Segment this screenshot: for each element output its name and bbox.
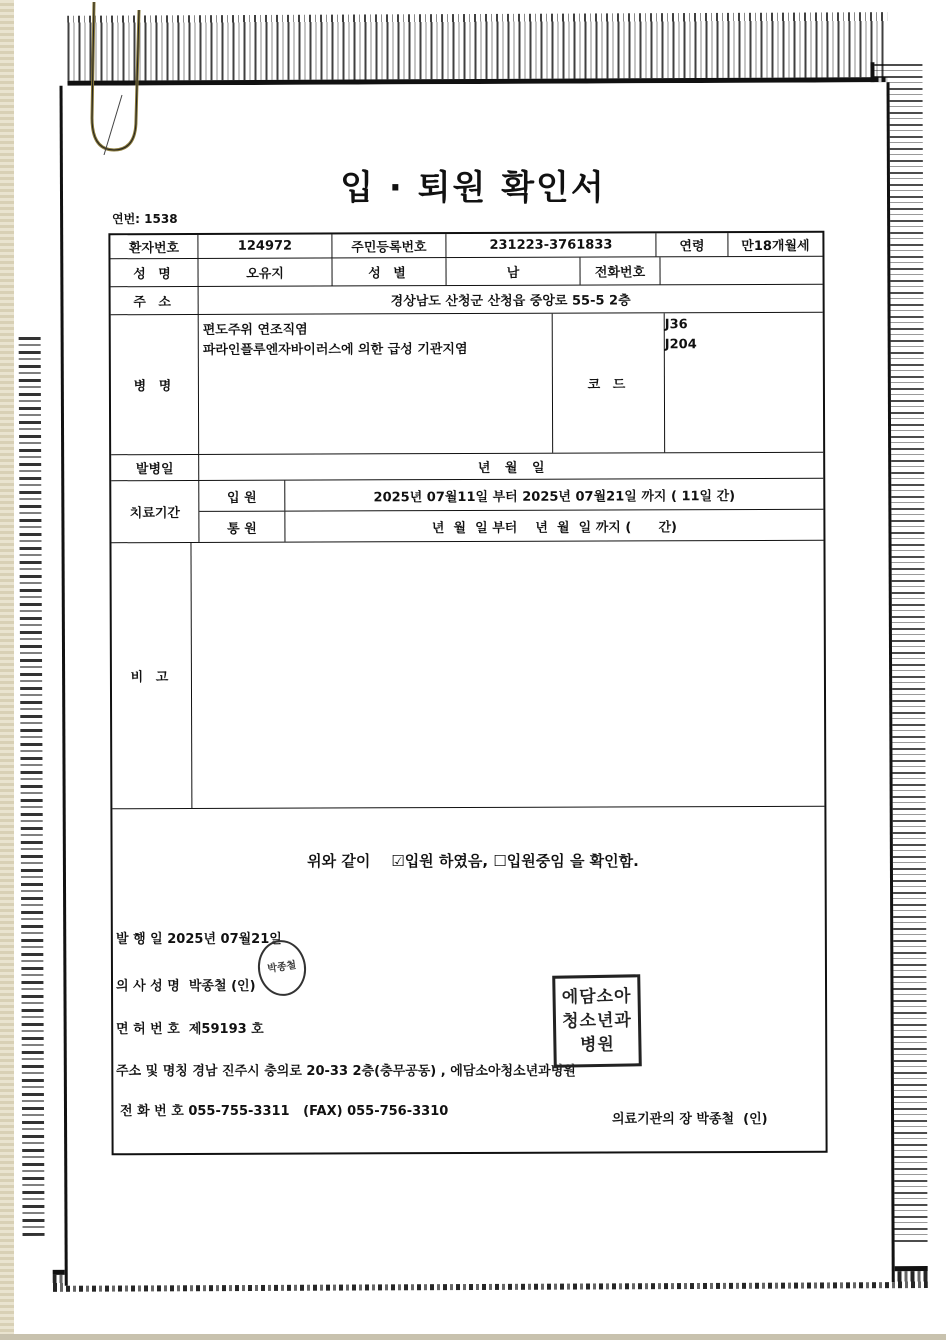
onset-label: 발병일 xyxy=(111,455,199,480)
hospital-address-line: 주소 및 명칭 경남 진주시 충의로 20-33 2층(충무공동) , 에담소아… xyxy=(116,1060,576,1079)
phone-label: 전화번호 xyxy=(580,257,660,284)
row-outpatient: 통 원 년 월 일 부터 년 월 일 까지 ( 간) xyxy=(199,510,823,542)
doctor-seal-mark: (인) xyxy=(231,979,255,994)
issue-date-line: 발 행 일 2025년 07월21일 xyxy=(116,928,282,947)
row-address: 주 소 경상남도 산청군 산청읍 중앙로 55-5 2층 xyxy=(111,285,823,315)
license-label: 면 허 번 호 xyxy=(116,1022,180,1037)
name-value: 오유지 xyxy=(198,258,332,285)
document-title: 입 · 퇴원 확인서 xyxy=(0,160,946,209)
hospital-phone-line: 전 화 번 호 055-755-3311 (FAX) 055-756-3310 xyxy=(120,1100,448,1119)
code-label: 코 드 xyxy=(553,313,665,452)
address-value: 경상남도 산청군 산청읍 중앙로 55-5 2층 xyxy=(199,285,823,314)
fax-value: 055-756-3310 xyxy=(347,1104,448,1119)
row-patient-name: 성 명 오유지 성 별 남 전화번호 xyxy=(110,257,822,287)
license-line: 면 허 번 호 제59193 호 xyxy=(116,1018,264,1037)
patient-no-value: 124972 xyxy=(198,234,332,257)
paperclip-icon xyxy=(84,0,144,155)
hospital-head-signature: 의료기관의 장 박종철 (인) xyxy=(612,1108,768,1127)
outpatient-label: 통 원 xyxy=(199,512,285,542)
code-item: J36 xyxy=(665,315,688,335)
confirm-prefix: 위와 같이 xyxy=(307,852,370,870)
remarks-value xyxy=(191,541,824,808)
inpatient-label: 입 원 xyxy=(199,481,285,511)
confirmation-statement: 위와 같이 ☑입원 하였음, ☐입원중임 을 확인함. xyxy=(0,850,946,871)
resident-no-label: 주민등록번호 xyxy=(332,234,446,257)
row-onset: 발병일 년 월 일 xyxy=(111,453,823,481)
inpatient-value: 2025년 07월11일 부터 2025년 07월21일 까지 ( 11일 간) xyxy=(285,479,823,511)
frame-noise-left xyxy=(19,336,45,1236)
onset-value: 년 월 일 xyxy=(199,453,823,480)
hospital-seal-stamp: 에담소아청소년과병원 xyxy=(552,974,642,1068)
issue-date-label: 발 행 일 xyxy=(116,932,163,947)
name-label: 성 명 xyxy=(110,259,198,286)
checkbox-inpatient-unchecked-icon[interactable]: ☐ xyxy=(493,852,506,870)
admission-form-table: 환자번호 124972 주민등록번호 231223-3761833 연령 만18… xyxy=(108,231,827,1155)
hospital-address-label: 주소 및 명칭 xyxy=(116,1064,188,1079)
fax-label: (FAX) xyxy=(303,1104,342,1119)
patient-no-label: 환자번호 xyxy=(110,235,198,258)
confirm-suffix: 을 확인함. xyxy=(570,852,639,870)
remarks-label: 비 고 xyxy=(111,543,192,808)
age-label: 연령 xyxy=(656,233,728,256)
diagnosis-label: 병 명 xyxy=(111,315,199,454)
doctor-name: 박종철 xyxy=(189,979,227,994)
row-remarks: 비 고 xyxy=(111,541,824,809)
diagnosis-list: 편도주위 연조직염 파라인플루엔자바이러스에 의한 급성 기관지염 xyxy=(199,314,553,454)
head-seal-mark: (인) xyxy=(743,1112,767,1127)
phone-value: 055-755-3311 xyxy=(188,1104,289,1119)
row-treatment-period: 치료기간 입 원 2025년 07월11일 부터 2025년 07월21일 까지… xyxy=(111,479,823,543)
sex-value: 남 xyxy=(446,258,580,285)
head-label: 의료기관의 장 xyxy=(612,1112,692,1127)
issue-date-value: 2025년 07월21일 xyxy=(167,932,282,947)
frame-noise-top xyxy=(67,12,887,86)
confirm-option-admitted: 입원 하였음, xyxy=(405,852,488,870)
address-label: 주 소 xyxy=(111,287,199,314)
doctor-label: 의 사 성 명 xyxy=(116,979,180,994)
code-item: J204 xyxy=(665,335,697,355)
treatment-period-group: 입 원 2025년 07월11일 부터 2025년 07월21일 까지 ( 11… xyxy=(199,479,823,542)
hospital-address-value: 경남 진주시 충의로 20-33 2층(충무공동) , xyxy=(192,1064,445,1079)
phone-label: 전 화 번 호 xyxy=(120,1104,184,1119)
serial-number: 연번: 1538 xyxy=(112,210,178,227)
outpatient-value: 년 월 일 부터 년 월 일 까지 ( 간) xyxy=(285,510,823,542)
row-patient-id: 환자번호 124972 주민등록번호 231223-3761833 연령 만18… xyxy=(110,233,822,259)
checkbox-admitted-checked-icon[interactable]: ☑ xyxy=(391,852,404,870)
phone-value xyxy=(660,257,822,285)
confirm-option-inpatient: 입원중임 xyxy=(507,852,565,870)
code-list: J36 J204 xyxy=(665,313,823,453)
diagnosis-item: 편도주위 연조직염 xyxy=(203,321,308,341)
row-inpatient: 입 원 2025년 07월11일 부터 2025년 07월21일 까지 ( 11… xyxy=(199,479,823,512)
scan-background-bottom xyxy=(0,1334,946,1340)
license-value: 제59193 호 xyxy=(189,1022,264,1037)
diagnosis-item: 파라인플루엔자바이러스에 의한 급성 기관지염 xyxy=(203,340,468,361)
row-diagnosis: 병 명 편도주위 연조직염 파라인플루엔자바이러스에 의한 급성 기관지염 코 … xyxy=(111,313,823,455)
doctor-name-line: 의 사 성 명 박종철 (인) xyxy=(116,975,256,994)
treatment-label: 치료기간 xyxy=(111,481,199,542)
resident-no-value: 231223-3761833 xyxy=(446,233,656,257)
age-value: 만18개월세 xyxy=(728,233,822,256)
sex-label: 성 별 xyxy=(332,258,446,285)
head-name: 박종철 xyxy=(696,1112,734,1127)
